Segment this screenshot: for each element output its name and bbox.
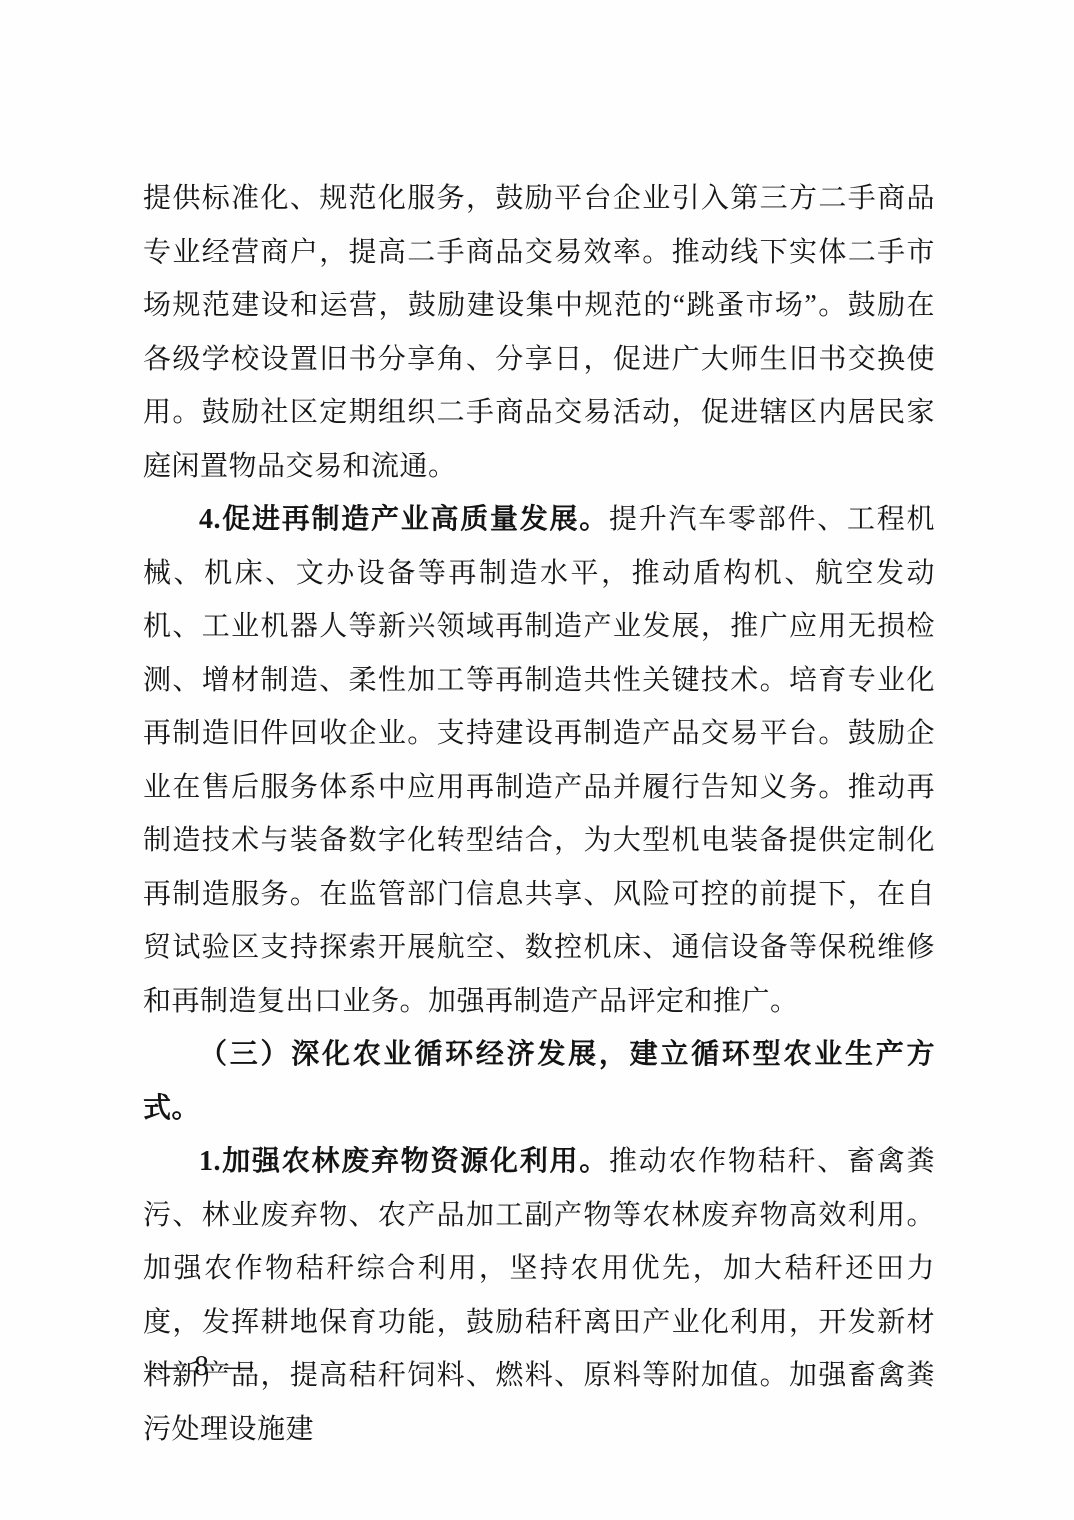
item-4-body: 提升汽车零部件、工程机械、机床、文办设备等再制造水平，推动盾构机、航空发动机、工… — [143, 504, 935, 1017]
body-text: 提供标准化、规范化服务，鼓励平台企业引入第三方二手商品专业经营商户，提高二手商品… — [143, 183, 935, 482]
document-body: 提供标准化、规范化服务，鼓励平台企业引入第三方二手商品专业经营商户，提高二手商品… — [143, 172, 935, 1456]
paragraph-item-1: 1.加强农林废弃物资源化利用。推动农作物秸秆、畜禽粪污、林业废弃物、农产品加工副… — [143, 1135, 935, 1456]
page-number: — 8 — — [150, 1346, 257, 1386]
item-4-heading: 4.促进再制造产业高质量发展。 — [199, 504, 609, 535]
section-heading-three: （三）深化农业循环经济发展，建立循环型农业生产方式。 — [143, 1028, 935, 1135]
item-1-heading: 1.加强农林废弃物资源化利用。 — [199, 1146, 609, 1177]
paragraph-item-4: 4.促进再制造产业高质量发展。提升汽车零部件、工程机械、机床、文办设备等再制造水… — [143, 493, 935, 1028]
item-1-body: 推动农作物秸秆、畜禽粪污、林业废弃物、农产品加工副产物等农林废弃物高效利用。加强… — [143, 1146, 935, 1445]
document-page: 提供标准化、规范化服务，鼓励平台企业引入第三方二手商品专业经营商户，提高二手商品… — [0, 0, 1074, 1520]
paragraph-continuation: 提供标准化、规范化服务，鼓励平台企业引入第三方二手商品专业经营商户，提高二手商品… — [143, 172, 935, 493]
section-heading-text: （三）深化农业循环经济发展，建立循环型农业生产方式。 — [143, 1039, 935, 1124]
